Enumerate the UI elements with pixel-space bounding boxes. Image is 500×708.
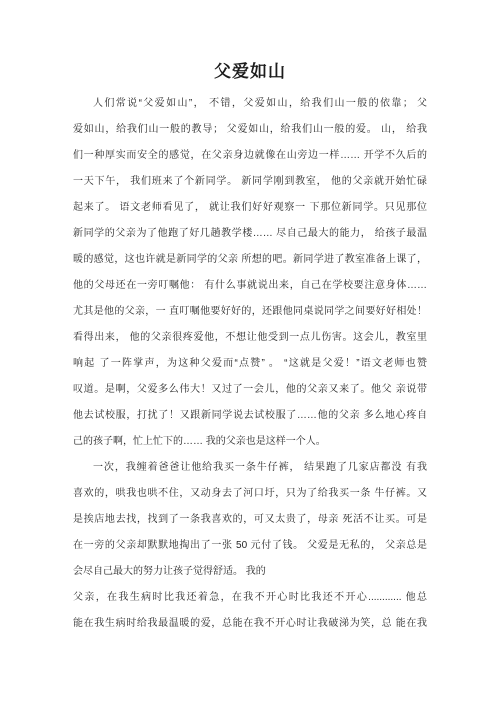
document-page: 父爱如山 人们常说“父爱如山”， 不错，父爱如山，给我们山一般的依靠； 父 爱如… (0, 0, 500, 708)
document-title: 父爱如山 (73, 62, 427, 82)
text-line: 父亲，在我生病时比我还着急，在我不开心时比我还不开心............ 他… (73, 585, 427, 611)
text-line: 暖的感觉，这也许就是新同学的父亲 所想的吧。新同学进了教室准备上课了， (73, 247, 427, 273)
text-line: 看得出来， 他的父亲很疼爱他，不想让他受到一点儿伤害。这会儿，教室里 (73, 325, 427, 351)
text-line: 爱如山，给我们山一般的教导； 父爱如山，给我们山一般的爱。 山， 给我 (73, 117, 427, 143)
text-line: 叹道。是啊，父爱多么伟大！又过了一会儿，他的父亲又来了。他父 亲说带 (73, 377, 427, 403)
text-line: 他去试校服，打扰了！又跟新同学说去试校服了……他的父亲 多么地心疼自 (73, 403, 427, 429)
document-content: 父爱如山 人们常说“父爱如山”， 不错，父爱如山，给我们山一般的依靠； 父 爱如… (0, 0, 500, 637)
text-line: 能在我生病时给我最温暖的爱，总能在我不开心时让我破涕为笑，总 能在我 (73, 611, 427, 637)
text-line: 人们常说“父爱如山”， 不错，父爱如山，给我们山一般的依靠； 父 (73, 91, 427, 117)
text-line: 己的孩子啊，忙上忙下的…… 我的父亲也是这样一个人。 (73, 429, 427, 455)
text-line: 新同学的父亲为了他跑了好几趟教学楼…… 尽自己最大的能力， 给孩子最温 (73, 221, 427, 247)
text-line: 在一旁的父亲却默默地掏出了一张 50 元付了钱。 父爱是无私的， 父亲总是 (73, 533, 427, 559)
text-line: 喜欢的，哄我也哄不住，又动身去了河口圩，只为了给我买一条 牛仔裤。又 (73, 481, 427, 507)
text-line: 一天下午， 我们班来了个新同学。 新同学刚到教室， 他的父亲就开始忙碌 (73, 169, 427, 195)
text-line: 们一种厚实而安全的感觉，在父亲身边就像在山旁边一样…… 开学不久后的 (73, 143, 427, 169)
text-line: 会尽自己最大的努力让孩子觉得舒适。 我的 (73, 559, 427, 585)
text-line: 响起 了一阵掌声，为这种父爱而“点赞” 。 “这就是父爱！”语文老师也赞 (73, 351, 427, 377)
text-line: 他的父母还在一旁叮嘱他： 有什么事就说出来，自己在学校要注意身体…… (73, 273, 427, 299)
text-line: 尤其是他的父亲，一 直叮嘱他要好好的，还跟他同桌说同学之间要好好相处！ (73, 299, 427, 325)
text-line: 是挨店地去找，找到了一条我喜欢的，可又太贵了，母亲 死活不让买。可是 (73, 507, 427, 533)
text-line: 一次，我缠着爸爸让他给我买一条牛仔裤， 结果跑了几家店都没 有我 (73, 455, 427, 481)
text-line: 起来了。 语文老师看见了， 就让我们好好观察一 下那位新同学。只见那位 (73, 195, 427, 221)
